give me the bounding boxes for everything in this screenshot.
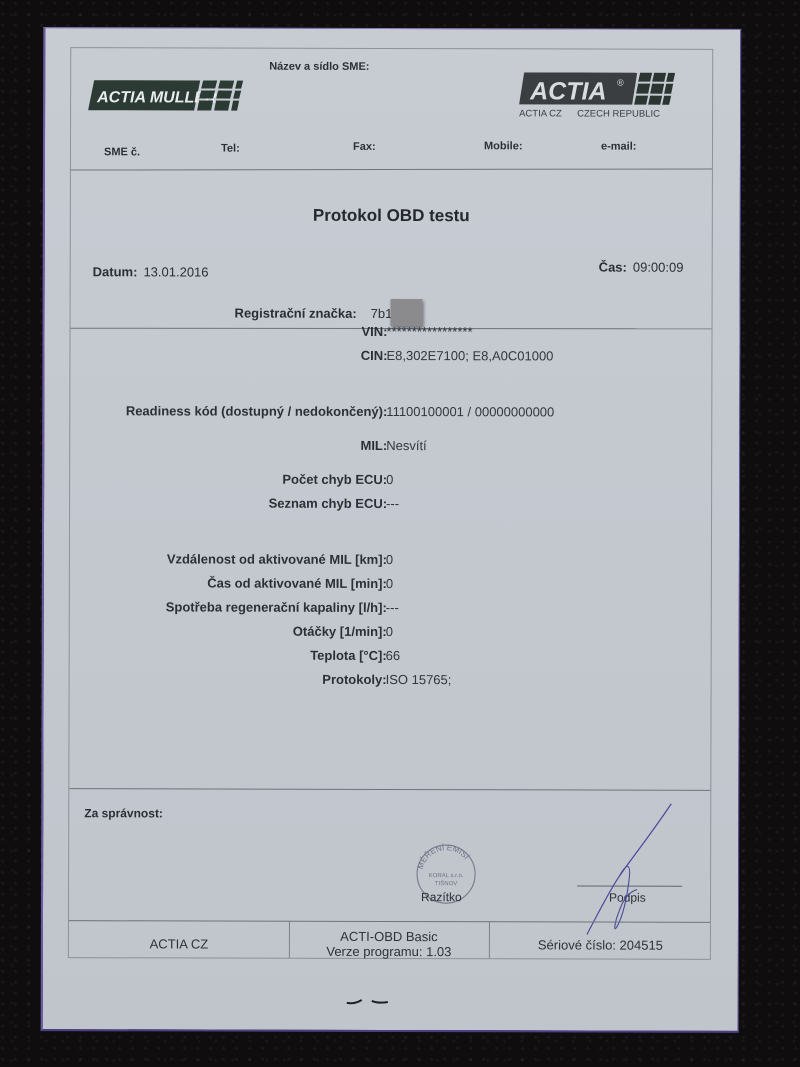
svg-text:ACTIA: ACTIA — [529, 77, 606, 105]
email-label: e-mail: — [601, 141, 637, 153]
field-row: Vzdálenost od aktivované MIL [km]:0 — [70, 551, 713, 571]
field-value: Nesvítí — [386, 438, 427, 453]
actia-muller-logo: ACTIA MULLER — [88, 78, 243, 112]
footer-serial-text: Sériové číslo: 204515 — [489, 937, 712, 953]
field-label: Teplota [°C]: — [310, 648, 386, 663]
stamp-label: Razítko — [421, 890, 462, 904]
mobile-label: Mobile: — [484, 140, 523, 152]
footer-company: ACTIA CZ — [69, 921, 289, 966]
field-label: Seznam chyb ECU: — [269, 496, 388, 511]
field-value: E8,302E7100; E8,A0C01000 — [386, 348, 553, 363]
time-value: 09:00:09 — [633, 260, 684, 275]
field-label: Čas od aktivované MIL [min]: — [207, 576, 387, 591]
paper-sheet: ACTIA MULLER Název a sídlo SME: ACTIA — [41, 27, 742, 1033]
field-label: Readiness kód (dostupný / nedokončený): — [126, 403, 388, 419]
field-value: 66 — [386, 648, 401, 663]
document-title: Protokol OBD testu — [71, 205, 712, 227]
field-row: Spotřeba regenerační kapaliny [l/h]:--- — [70, 599, 713, 619]
date-row: Datum:13.01.2016 — [93, 264, 209, 279]
field-row: Počet chyb ECU:0 — [70, 471, 713, 491]
field-row: Teplota [°C]:66 — [70, 647, 713, 667]
field-value: --- — [386, 496, 399, 511]
date-value: 13.01.2016 — [143, 264, 208, 279]
certification-label: Za správnost: — [84, 806, 163, 820]
svg-text:®: ® — [617, 78, 624, 88]
fax-label: Fax: — [353, 141, 376, 153]
field-row: Seznam chyb ECU:--- — [70, 495, 713, 515]
field-value: 0 — [386, 472, 393, 487]
field-label: Vzdálenost od aktivované MIL [km]: — [167, 551, 387, 567]
field-value: 11100100001 / 00000000000 — [386, 404, 554, 419]
field-row: MIL:Nesvítí — [70, 437, 713, 457]
field-row: Otáčky [1/min]:0 — [70, 623, 713, 643]
field-label: CIN: — [361, 348, 388, 363]
field-value: ***************** — [387, 324, 473, 339]
field-value: ISO 15765; — [386, 672, 452, 687]
svg-text:CZECH REPUBLIC: CZECH REPUBLIC — [577, 108, 660, 118]
field-value: 0 — [386, 552, 393, 567]
footer-serial: Sériové číslo: 204515 — [489, 922, 712, 967]
svg-text:MĚŘENÍ EMISÍ: MĚŘENÍ EMISÍ — [416, 843, 472, 870]
protocol-form: ACTIA MULLER Název a sídlo SME: ACTIA — [68, 47, 713, 960]
field-row: VIN:***************** — [70, 323, 713, 343]
footer-version: Verze programu: 1.03 — [289, 944, 489, 960]
field-label: MIL: — [360, 438, 387, 453]
field-label: Spotřeba regenerační kapaliny [l/h]: — [166, 599, 387, 615]
field-row: Readiness kód (dostupný / nedokončený):1… — [70, 403, 713, 423]
actia-logo: ACTIA ® ACTIA CZ CZECH REPUBLIC — [519, 72, 675, 118]
field-value: 0 — [386, 576, 393, 591]
svg-text:ACTIA CZ: ACTIA CZ — [519, 108, 562, 118]
footer-product: ACTI-OBD Basic Verze programu: 1.03 — [289, 922, 489, 967]
company-name-label: Název a sídlo SME: — [269, 61, 369, 73]
svg-text:TIŠNOV: TIŠNOV — [435, 880, 457, 887]
divider — [71, 168, 712, 170]
field-row: Čas od aktivované MIL [min]:0 — [70, 575, 713, 595]
registration-value: 7b1 — [371, 306, 393, 321]
svg-text:KORAL s.r.o.: KORAL s.r.o. — [429, 873, 464, 879]
time-row: Čas:09:00:09 — [599, 260, 684, 275]
field-row: Protokoly:ISO 15765; — [70, 671, 713, 691]
tel-label: Tel: — [221, 143, 240, 155]
pen-marks — [345, 995, 395, 1007]
field-label: VIN: — [362, 324, 388, 339]
date-label: Datum: — [93, 264, 138, 279]
field-value: --- — [386, 600, 399, 615]
sme-number-label: SME č. — [104, 146, 140, 158]
time-label: Čas: — [599, 260, 627, 275]
field-label: Počet chyb ECU: — [282, 472, 387, 487]
redaction-box — [390, 299, 422, 326]
field-label: Otáčky [1/min]: — [293, 624, 387, 639]
divider — [69, 788, 710, 791]
footer-company-text: ACTIA CZ — [69, 936, 289, 952]
field-label: Protokoly: — [322, 672, 386, 687]
field-row: CIN:E8,302E7100; E8,A0C01000 — [70, 347, 713, 367]
footer-product-name: ACTI-OBD Basic — [289, 929, 489, 945]
vehicle-fields: VIN:*****************CIN:E8,302E7100; E8… — [71, 48, 712, 50]
registration-label: Registrační značka: — [235, 306, 357, 321]
field-value: 0 — [386, 624, 393, 639]
